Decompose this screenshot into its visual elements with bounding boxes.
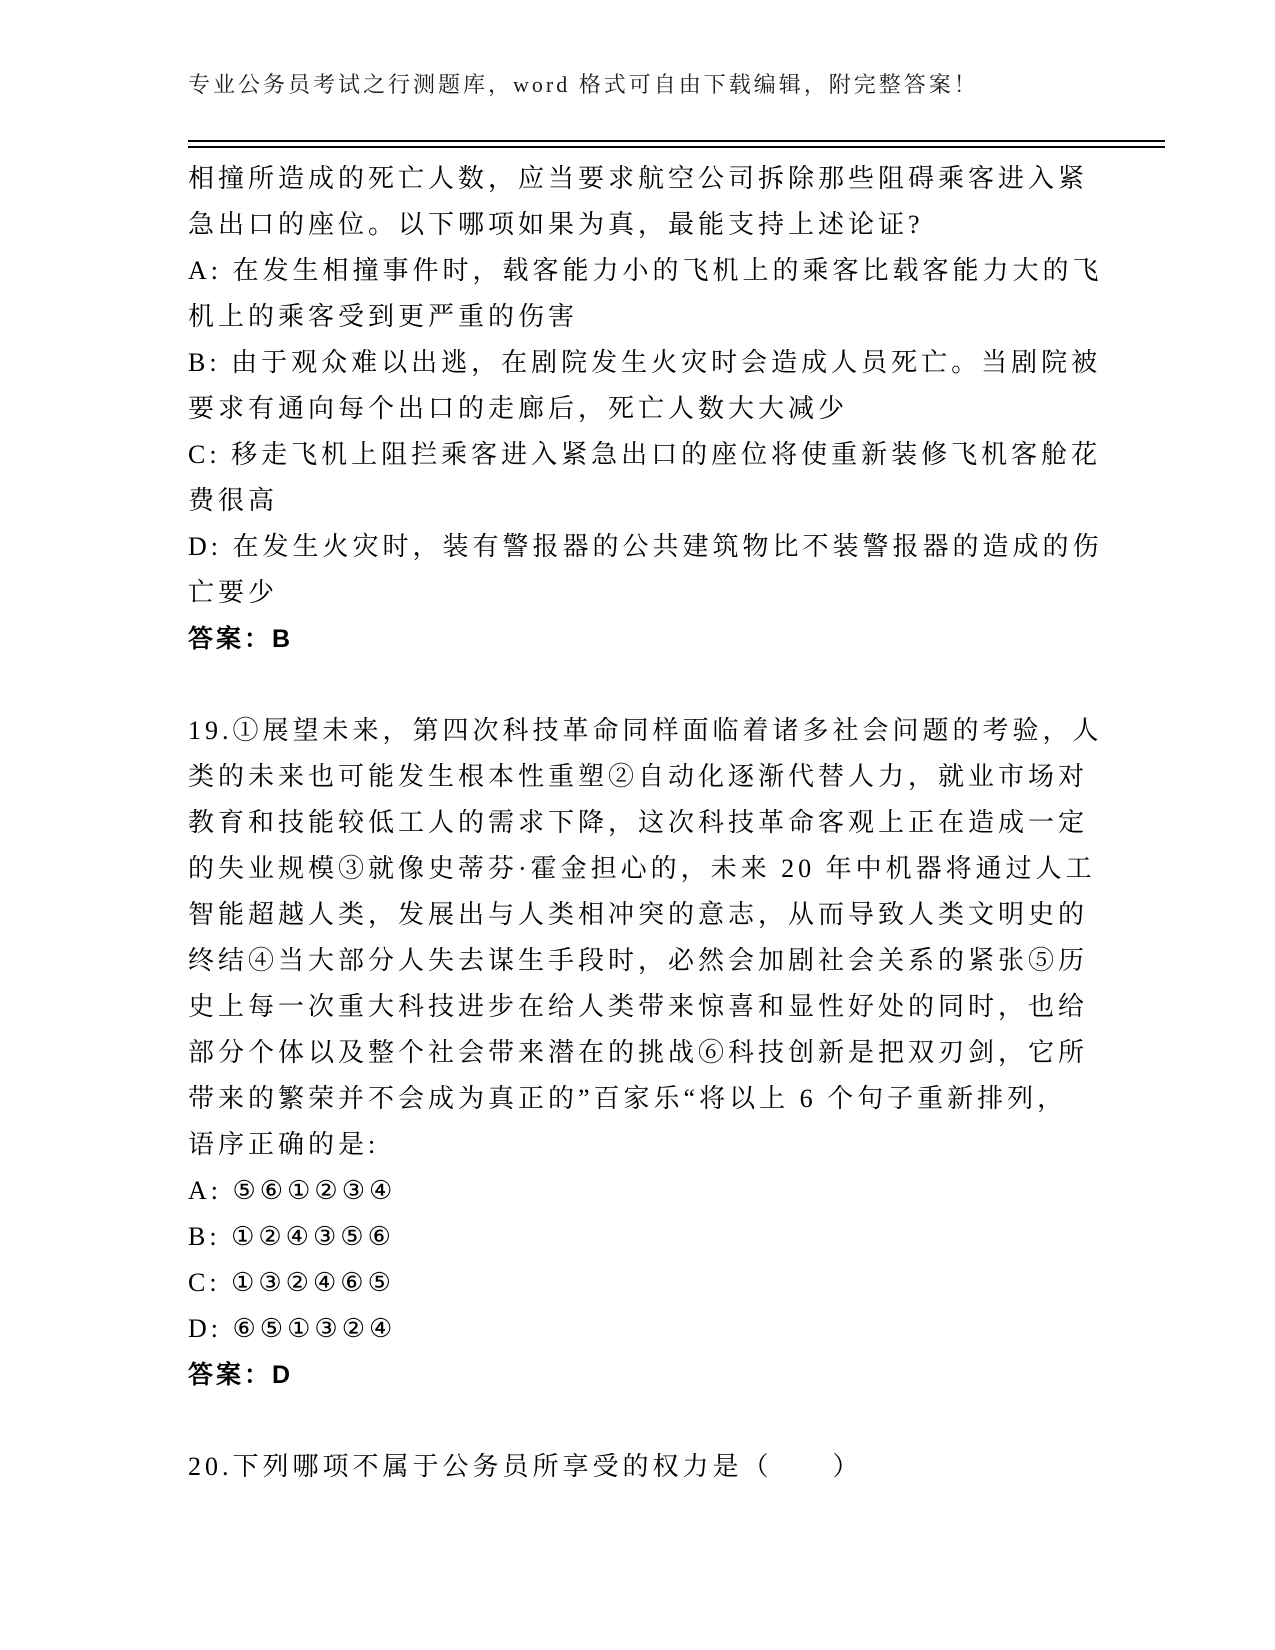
q19-line: 史上每一次重大科技进步在给人类带来惊喜和显性好处的同时，也给 — [188, 984, 1175, 1030]
q19-line: 部分个体以及整个社会带来潜在的挑战⑥科技创新是把双刃剑，它所 — [188, 1030, 1175, 1076]
q18-option-d-line: D: 在发生火灾时，装有警报器的公共建筑物比不装警报器的造成的伤 — [188, 524, 1175, 570]
q18-line: 急出口的座位。以下哪项如果为真，最能支持上述论证? — [188, 202, 1175, 248]
q18-option-b-line: B: 由于观众难以出逃，在剧院发生火灾时会造成人员死亡。当剧院被 — [188, 340, 1175, 386]
block-gap — [188, 662, 1175, 708]
q19-line: 教育和技能较低工人的需求下降，这次科技革命客观上正在造成一定 — [188, 800, 1175, 846]
q18-option-d-line: 亡要少 — [188, 570, 1175, 616]
page-header: 专业公务员考试之行测题库，word 格式可自由下载编辑，附完整答案！ — [188, 70, 1175, 148]
question-18-block: 相撞所造成的死亡人数，应当要求航空公司拆除那些阻碍乘客进入紧 急出口的座位。以下… — [188, 156, 1175, 662]
q19-option-d: D: ⑥⑤①③②④ — [188, 1306, 1175, 1352]
header-note: 专业公务员考试之行测题库，word 格式可自由下载编辑，附完整答案！ — [188, 70, 1175, 100]
q19-line: 语序正确的是: — [188, 1122, 1175, 1168]
block-gap — [188, 1398, 1175, 1444]
document-body: 相撞所造成的死亡人数，应当要求航空公司拆除那些阻碍乘客进入紧 急出口的座位。以下… — [188, 156, 1175, 1490]
q19-line: 带来的繁荣并不会成为真正的”百家乐“将以上 6 个句子重新排列， — [188, 1076, 1175, 1122]
q19-line: 类的未来也可能发生根本性重塑②自动化逐渐代替人力，就业市场对 — [188, 754, 1175, 800]
q18-option-c-line: C: 移走飞机上阻拦乘客进入紧急出口的座位将使重新装修飞机客舱花 — [188, 432, 1175, 478]
q19-option-a: A: ⑤⑥①②③④ — [188, 1168, 1175, 1214]
q18-option-c-line: 费很高 — [188, 478, 1175, 524]
q19-option-b: B: ①②④③⑤⑥ — [188, 1214, 1175, 1260]
q18-line: 相撞所造成的死亡人数，应当要求航空公司拆除那些阻碍乘客进入紧 — [188, 156, 1175, 202]
question-20-block: 20.下列哪项不属于公务员所享受的权力是（ ） — [188, 1444, 1175, 1490]
header-rule — [188, 140, 1165, 148]
q19-line: 的失业规模③就像史蒂芬·霍金担心的，未来 20 年中机器将通过人工 — [188, 846, 1175, 892]
q18-option-b-line: 要求有通向每个出口的走廊后，死亡人数大大减少 — [188, 386, 1175, 432]
q19-line: 19.①展望未来，第四次科技革命同样面临着诸多社会问题的考验，人 — [188, 708, 1175, 754]
q19-answer: 答案：D — [188, 1352, 1175, 1398]
document-page: 专业公务员考试之行测题库，word 格式可自由下载编辑，附完整答案！ 相撞所造成… — [0, 0, 1275, 1650]
question-19-block: 19.①展望未来，第四次科技革命同样面临着诸多社会问题的考验，人 类的未来也可能… — [188, 708, 1175, 1398]
q20-line: 20.下列哪项不属于公务员所享受的权力是（ ） — [188, 1444, 1175, 1490]
q19-line: 终结④当大部分人失去谋生手段时，必然会加剧社会关系的紧张⑤历 — [188, 938, 1175, 984]
q18-answer: 答案：B — [188, 616, 1175, 662]
q19-option-c: C: ①③②④⑥⑤ — [188, 1260, 1175, 1306]
q18-option-a-line: 机上的乘客受到更严重的伤害 — [188, 294, 1175, 340]
q18-option-a-line: A: 在发生相撞事件时，载客能力小的飞机上的乘客比载客能力大的飞 — [188, 248, 1175, 294]
q19-line: 智能超越人类，发展出与人类相冲突的意志，从而导致人类文明史的 — [188, 892, 1175, 938]
